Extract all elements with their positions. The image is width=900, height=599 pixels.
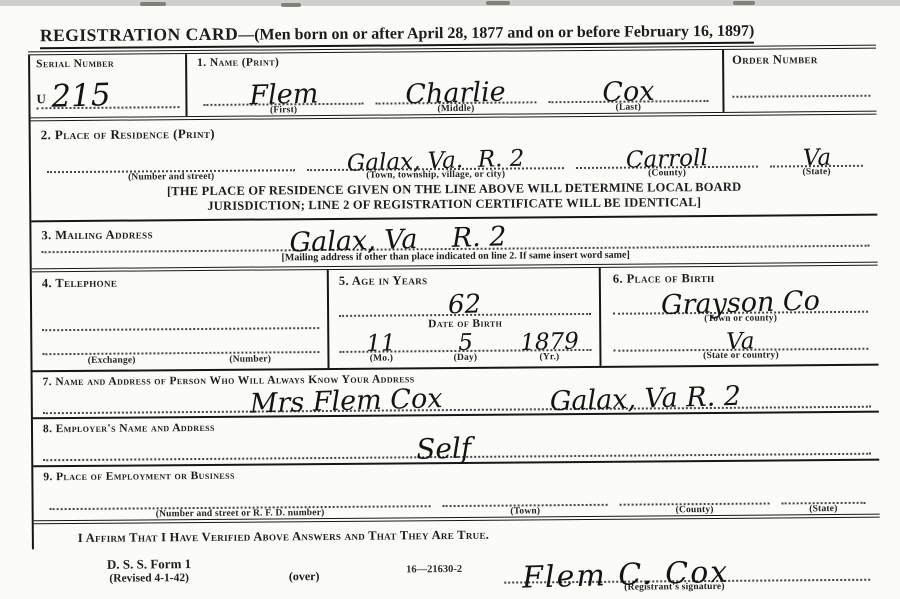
telephone-cell: 4. Telephone (Exchange) (Number) xyxy=(32,270,330,370)
name-first-value: Flem xyxy=(249,78,319,111)
contact-address-value: Galax, Va R. 2 xyxy=(550,381,742,417)
residence-town-value: Galax, Va. R. 2 xyxy=(347,146,525,177)
form-number: D. S. S. Form 1 xyxy=(54,556,244,573)
order-number-line xyxy=(732,67,870,98)
card-header: REGISTRATION CARD—(Men born on or after … xyxy=(28,5,876,56)
telephone-blank-line-2 xyxy=(42,329,319,355)
employment-county-line xyxy=(620,482,769,506)
mailing-label: 3. Mailing Address xyxy=(41,227,153,243)
employer-line: Self xyxy=(43,429,871,462)
residence-state-line: Va xyxy=(770,121,863,168)
name-last-line: Cox xyxy=(548,65,709,103)
residence-street-sublabel: (Number and street) xyxy=(47,171,295,183)
employment-town-field: (Town) xyxy=(442,483,608,517)
contact-line: Mrs Flem Cox Galax, Va R. 2 xyxy=(43,382,871,415)
serial-number-cell: Serial Number U 215 xyxy=(30,54,187,117)
name-last-field: Cox (Last) xyxy=(548,65,709,113)
residence-county-line: Carroll xyxy=(576,122,759,169)
print-code: 16—21630-2 xyxy=(364,554,504,576)
over-note: (over) xyxy=(244,555,364,585)
employment-state-sublabel: (State) xyxy=(781,504,866,515)
dob-day-slot: 5 xyxy=(423,330,507,351)
employment-row: 9. Place of Employment or Business (Numb… xyxy=(33,461,879,525)
employer-row: 8. Employer's Name and Address Self xyxy=(33,413,879,468)
birthplace-state-value: Va xyxy=(726,328,755,355)
residence-county-value: Carroll xyxy=(626,145,709,173)
dob-month-value: 11 xyxy=(366,330,396,357)
order-number-cell: Order Number xyxy=(724,49,876,112)
employment-street-sublabel: (Number and street or R. F. D. number) xyxy=(50,507,431,520)
employment-town-line xyxy=(442,483,608,507)
employment-state-field: (State) xyxy=(781,481,866,515)
scan-artifact xyxy=(486,1,510,5)
mailing-value: Galax, Va R. 2 xyxy=(290,221,508,258)
telephone-label: 4. Telephone xyxy=(42,274,319,291)
employment-town-sublabel: (Town) xyxy=(442,506,608,517)
scan-artifact xyxy=(140,2,166,6)
name-middle-field: Charlie (Middle) xyxy=(375,66,536,114)
residence-county-field: Carroll (County) xyxy=(576,122,759,179)
name-first-line: Flem xyxy=(203,68,364,106)
serial-number-line: U 215 xyxy=(36,69,179,109)
serial-prefix: U xyxy=(36,91,46,107)
residence-state-value: Va xyxy=(802,145,831,172)
age-dob-cell: 5. Age in Years 62 Date of Birth 11 5 xyxy=(329,268,602,368)
serial-number-label: Serial Number xyxy=(36,57,179,70)
employment-county-sublabel: (County) xyxy=(620,505,769,516)
name-last-value: Cox xyxy=(602,76,655,108)
dob-month-slot: 11 xyxy=(339,330,423,351)
age-value: 62 xyxy=(448,289,482,320)
employment-fields: (Number and street or R. F. D. number) (… xyxy=(43,481,871,521)
employment-street-line xyxy=(49,484,430,510)
telephone-sublabels: (Exchange) (Number) xyxy=(42,353,319,368)
contact-row: 7. Name and Address of Person Who Will A… xyxy=(33,366,879,420)
registrant-signature: Flem C. Cox xyxy=(522,555,730,596)
scan-artifact xyxy=(281,3,301,7)
serial-number-value: 215 xyxy=(51,77,111,115)
signature-line: Flem C. Cox xyxy=(504,551,870,584)
employment-county-field: (County) xyxy=(620,482,769,516)
residence-state-field: Va (State) xyxy=(770,121,863,178)
name-cell: 1. Name (Print) Flem (First) Charlie xyxy=(187,50,724,116)
name-middle-line: Charlie xyxy=(375,66,536,104)
dob-year-value: 1879 xyxy=(520,328,579,356)
mailing-row: 3. Mailing Address Galax, Va R. 2 [Maili… xyxy=(31,216,877,273)
employer-value: Self xyxy=(415,431,471,466)
form-revision: (Revised 4-1-42) xyxy=(54,572,244,585)
contact-name-value: Mrs Flem Cox xyxy=(249,383,442,420)
telephone-blank-line-1 xyxy=(42,305,319,331)
card-title: REGISTRATION CARD xyxy=(40,24,238,46)
residence-town-field: Galax, Va. R. 2 (Town, township, village… xyxy=(307,123,564,181)
scan-artifact xyxy=(733,1,755,5)
dob-day-value: 5 xyxy=(458,330,473,356)
form-number-block: D. S. S. Form 1 (Revised 4-1-42) xyxy=(54,556,244,585)
row-telephone-age-birth: 4. Telephone (Exchange) (Number) 5. Age … xyxy=(32,266,879,373)
employment-label: 9. Place of Employment or Business xyxy=(43,465,871,484)
row-serial-name-order: Serial Number U 215 1. Name (Print) Flem… xyxy=(30,49,876,122)
birthplace-state-line: Va xyxy=(613,322,868,352)
name-first-field: Flem (First) xyxy=(203,68,364,116)
dob-values-line: 11 5 1879 xyxy=(339,329,591,353)
registration-card: REGISTRATION CARD—(Men born on or after … xyxy=(28,5,881,597)
order-number-label: Order Number xyxy=(732,52,870,68)
name-middle-value: Charlie xyxy=(405,77,506,111)
residence-town-line: Galax, Va. R. 2 xyxy=(307,123,564,171)
birthplace-cell: 6. Place of Birth Grayson Co (Town or co… xyxy=(601,266,879,366)
scanned-registration-card-page: REGISTRATION CARD—(Men born on or after … xyxy=(0,0,900,599)
telephone-exchange-sublabel: (Exchange) xyxy=(42,355,181,366)
card-footer: D. S. S. Form 1 (Revised 4-1-42) (over) … xyxy=(32,543,880,598)
card-subtitle: —(Men born on or after April 28, 1877 an… xyxy=(238,23,754,44)
signature-block: Flem C. Cox (Registrant's signature) xyxy=(504,551,870,594)
residence-label: 2. Place of Residence (Print) xyxy=(41,126,215,143)
card-body: Serial Number U 215 1. Name (Print) Flem… xyxy=(28,49,880,550)
notice-row: [THE PLACE OF RESIDENCE GIVEN ON THE LIN… xyxy=(31,177,877,223)
residence-row: 2. Place of Residence (Print) (Number an… xyxy=(31,115,877,184)
telephone-number-sublabel: (Number) xyxy=(181,354,320,365)
name-fields: Flem (First) Charlie (Middle) xyxy=(197,65,714,116)
dob-year-slot: 1879 xyxy=(507,329,591,350)
affirmation-text: I Affirm That I Have Verified Above Answ… xyxy=(78,528,489,545)
birthplace-town-line: Grayson Co xyxy=(613,285,868,315)
employment-street-field: (Number and street or R. F. D. number) xyxy=(49,484,430,520)
employment-state-line xyxy=(781,481,866,505)
birthplace-town-value: Grayson Co xyxy=(661,285,821,321)
age-line: 62 xyxy=(339,287,591,317)
